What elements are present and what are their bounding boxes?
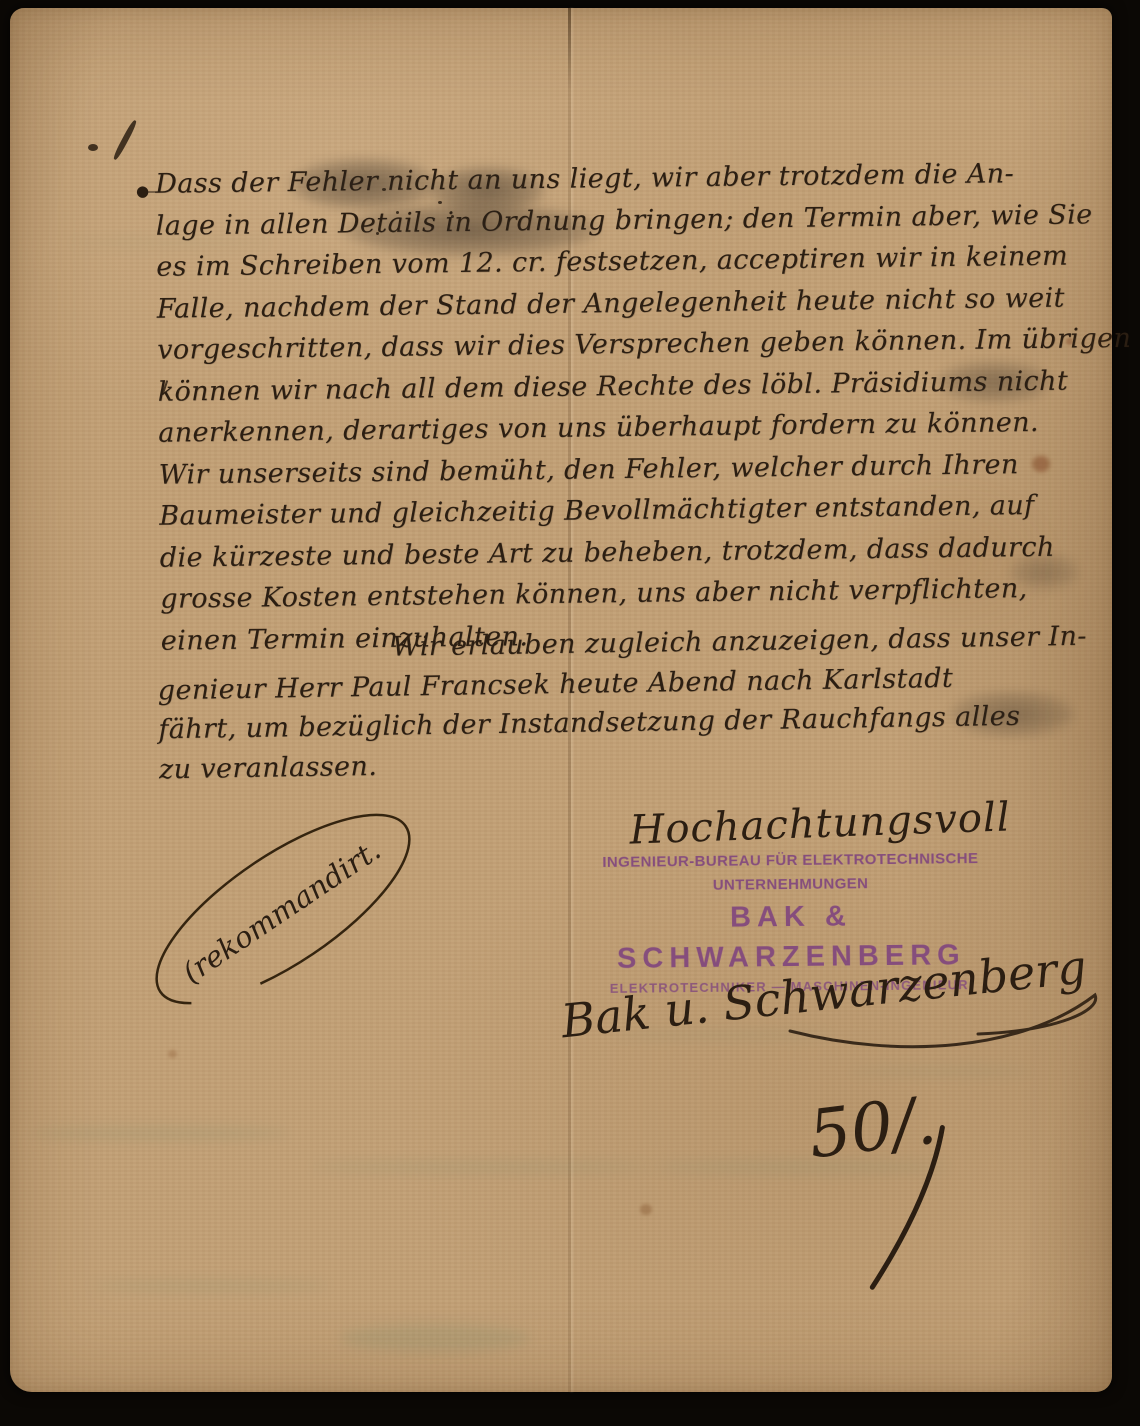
stain-spot bbox=[168, 1050, 177, 1058]
stamp-line-bureau: INGENIEUR-BUREAU FÜR ELEKTROTECHNISCHE U… bbox=[572, 847, 1008, 900]
letter-body-paragraph-1: Dass der Fehler nicht an uns liegt, wir … bbox=[155, 152, 1096, 661]
signature-svg: Bak u. Schwarzenberg bbox=[550, 931, 1115, 1061]
ink-splatter bbox=[112, 119, 138, 161]
filing-number: 50/. bbox=[790, 1056, 1025, 1296]
letter-body-paragraph-2: Wir erlauben zugleich anzuzeigen, dass u… bbox=[157, 617, 1094, 790]
show-through-streak bbox=[30, 1126, 290, 1140]
registered-annotation: (rekommandirt. bbox=[138, 791, 428, 1026]
filing-number-text: 50/. bbox=[805, 1082, 941, 1174]
ink-splatter bbox=[88, 144, 98, 151]
show-through-streak bbox=[90, 1280, 330, 1292]
filing-number-svg: 50/. bbox=[790, 1056, 1025, 1296]
annotation-text: (rekommandirt. bbox=[176, 833, 386, 990]
show-through-streak bbox=[340, 1324, 530, 1352]
signature-block: Bak u. Schwarzenberg bbox=[550, 931, 1115, 1061]
scan-background: ●— Dass der Fehler nicht an uns liegt, w… bbox=[0, 0, 1140, 1426]
annotation-svg: (rekommandirt. bbox=[138, 791, 428, 1026]
stain-spot bbox=[640, 1204, 652, 1215]
closing-salutation: Hochachtungsvoll bbox=[599, 793, 1040, 854]
show-through-streak bbox=[310, 1161, 650, 1173]
paper-sheet: ●— Dass der Fehler nicht an uns liegt, w… bbox=[10, 8, 1112, 1392]
